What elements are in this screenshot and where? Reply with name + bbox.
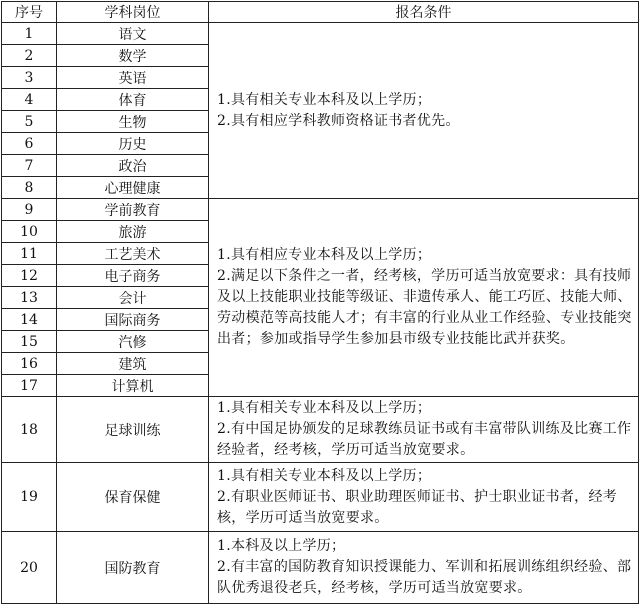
row-no: 8	[2, 177, 57, 199]
row-no: 14	[2, 309, 57, 331]
row-no: 5	[2, 111, 57, 133]
row-subject: 国际商务	[57, 309, 209, 331]
row-subject: 语文	[57, 23, 209, 45]
requirements-cell: 1.具有相关专业本科及以上学历； 2.有中国足协颁发的足球教练员证书或有丰富带队…	[209, 397, 639, 463]
requirement-line: 2.具有相应学科教师资格证书者优先。	[217, 111, 632, 132]
requirement-line: 2.有职业医师证书、职业助理医师证书、护士职业证书者，经考核，学历可适当放宽要求…	[217, 487, 632, 529]
row-no: 9	[2, 199, 57, 221]
row-subject: 足球训练	[57, 397, 209, 463]
table-row: 18 足球训练 1.具有相关专业本科及以上学历； 2.有中国足协颁发的足球教练员…	[2, 397, 639, 463]
requirement-line: 1.具有相关专业本科及以上学历；	[217, 90, 632, 111]
row-no: 2	[2, 45, 57, 67]
row-no: 1	[2, 23, 57, 45]
row-no: 4	[2, 89, 57, 111]
row-no: 18	[2, 397, 57, 463]
requirements-cell: 1.具有相关专业本科及以上学历； 2.具有相应学科教师资格证书者优先。	[209, 23, 639, 199]
row-no: 3	[2, 67, 57, 89]
header-requirements: 报名条件	[209, 2, 639, 23]
row-no: 20	[2, 532, 57, 604]
row-subject: 英语	[57, 67, 209, 89]
row-subject: 汽修	[57, 331, 209, 353]
row-subject: 建筑	[57, 353, 209, 375]
requirement-line: 2.有丰富的国防教育知识授课能力、军训和拓展训练组织经验、部队优秀退役老兵，经考…	[217, 557, 632, 599]
recruitment-table: 序号 学科岗位 报名条件 1 语文 1.具有相关专业本科及以上学历； 2.具有相…	[1, 1, 639, 604]
row-subject: 心理健康	[57, 177, 209, 199]
requirements-cell: 1.本科及以上学历； 2.有丰富的国防教育知识授课能力、军训和拓展训练组织经验、…	[209, 532, 639, 604]
row-subject: 历史	[57, 133, 209, 155]
row-no: 12	[2, 265, 57, 287]
row-subject: 政治	[57, 155, 209, 177]
row-subject: 体育	[57, 89, 209, 111]
row-no: 6	[2, 133, 57, 155]
row-no: 15	[2, 331, 57, 353]
row-no: 17	[2, 375, 57, 397]
header-no: 序号	[2, 2, 57, 23]
row-subject: 会计	[57, 287, 209, 309]
row-subject: 国防教育	[57, 532, 209, 604]
requirement-line: 1.具有相关专业本科及以上学历；	[217, 398, 632, 419]
requirement-line: 1.具有相关专业本科及以上学历；	[217, 466, 632, 487]
table-row: 1 语文 1.具有相关专业本科及以上学历； 2.具有相应学科教师资格证书者优先。	[2, 23, 639, 45]
row-subject: 生物	[57, 111, 209, 133]
row-no: 16	[2, 353, 57, 375]
row-subject: 学前教育	[57, 199, 209, 221]
row-subject: 旅游	[57, 221, 209, 243]
row-subject: 数学	[57, 45, 209, 67]
table-row: 9 学前教育 1.具有相应专业本科及以上学历； 2.满足以下条件之一者，经考核，…	[2, 199, 639, 221]
table-row: 19 保育保健 1.具有相关专业本科及以上学历； 2.有职业医师证书、职业助理医…	[2, 463, 639, 532]
row-no: 13	[2, 287, 57, 309]
requirement-line: 2.满足以下条件之一者，经考核，学历可适当放宽要求：具有技师及以上技能职业技能等…	[217, 266, 632, 350]
header-subject: 学科岗位	[57, 2, 209, 23]
row-subject: 电子商务	[57, 265, 209, 287]
requirement-line: 2.有中国足协颁发的足球教练员证书或有丰富带队训练及比赛工作经验者，经考核，学历…	[217, 419, 632, 461]
row-no: 7	[2, 155, 57, 177]
row-subject: 保育保健	[57, 463, 209, 532]
row-no: 11	[2, 243, 57, 265]
requirements-cell: 1.具有相应专业本科及以上学历； 2.满足以下条件之一者，经考核，学历可适当放宽…	[209, 199, 639, 397]
row-subject: 工艺美术	[57, 243, 209, 265]
header-row: 序号 学科岗位 报名条件	[2, 2, 639, 23]
row-no: 10	[2, 221, 57, 243]
table-row: 20 国防教育 1.本科及以上学历； 2.有丰富的国防教育知识授课能力、军训和拓…	[2, 532, 639, 604]
requirement-line: 1.具有相应专业本科及以上学历；	[217, 245, 632, 266]
row-no: 19	[2, 463, 57, 532]
requirements-cell: 1.具有相关专业本科及以上学历； 2.有职业医师证书、职业助理医师证书、护士职业…	[209, 463, 639, 532]
row-subject: 计算机	[57, 375, 209, 397]
requirement-line: 1.本科及以上学历；	[217, 536, 632, 557]
